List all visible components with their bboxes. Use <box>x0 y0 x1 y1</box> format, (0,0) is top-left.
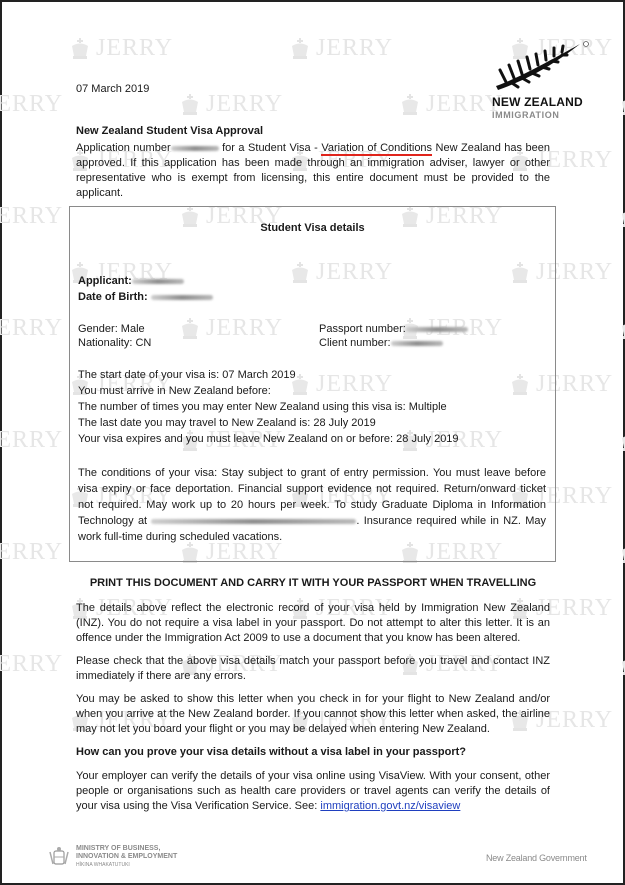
redacted-passport <box>406 327 468 332</box>
redacted-institution <box>151 519 356 524</box>
passport-field: Passport number: <box>319 322 468 337</box>
nz-immigration-logo: NEW ZEALAND IMMIGRATION <box>492 40 592 120</box>
redacted-dob <box>151 295 213 300</box>
silver-fern-icon <box>492 40 592 90</box>
dob-label: Date of Birth: <box>78 291 148 303</box>
detail-line: The number of times you may enter New Ze… <box>78 400 447 415</box>
mbie-line-3: HĪKINA WHAKATUTUKI <box>76 861 177 869</box>
mbie-line-2: INNOVATION & EMPLOYMENT <box>76 853 177 861</box>
intro-text-2: for a Student Visa - <box>219 142 322 154</box>
student-visa-details-box: Student Visa details Applicant: Date of … <box>69 206 556 562</box>
client-field: Client number: <box>319 336 443 351</box>
detail-line: The last date you may travel to New Zeal… <box>78 416 376 431</box>
visa-type-highlight: Variation of Conditions <box>321 142 432 156</box>
applicant-field: Applicant: <box>78 274 184 289</box>
visa-proof-question: How can you prove your visa details with… <box>76 745 550 760</box>
detail-line: The start date of your visa is: 07 March… <box>78 368 296 383</box>
details-title: Student Visa details <box>70 221 555 236</box>
detail-line: Your visa expires and you must leave New… <box>78 432 459 447</box>
letter-title: New Zealand Student Visa Approval <box>76 124 263 139</box>
gender-field: Gender: Male <box>78 322 145 337</box>
notice-paragraph-2: Please check that the above visa details… <box>76 654 550 684</box>
applicant-label: Applicant: <box>78 275 132 287</box>
print-notice-heading: PRINT THIS DOCUMENT AND CARRY IT WITH YO… <box>76 576 550 591</box>
intro-text-1: Application number <box>76 142 171 154</box>
detail-line: You must arrive in New Zealand before: <box>78 384 271 399</box>
nz-government-logo: New Zealand Government <box>486 853 587 863</box>
nationality-field: Nationality: CN <box>78 336 151 351</box>
logo-text-new-zealand: NEW ZEALAND <box>492 95 592 109</box>
dob-field: Date of Birth: <box>78 290 213 305</box>
visa-letter: 07 March 2019 NEW ZEALAND <box>0 0 625 885</box>
passport-label: Passport number: <box>319 323 406 335</box>
visaview-text: Your employer can verify the details of … <box>76 770 550 812</box>
mbie-footer-logo: MINISTRY OF BUSINESS, INNOVATION & EMPLO… <box>48 845 177 869</box>
client-label: Client number: <box>319 337 391 349</box>
notice-paragraph-1: The details above reflect the electronic… <box>76 601 550 646</box>
redacted-application-number <box>171 146 219 151</box>
coat-of-arms-icon <box>48 846 70 868</box>
intro-paragraph: Application number for a Student Visa - … <box>76 141 550 201</box>
redacted-client <box>391 341 443 346</box>
notice-paragraph-4: Your employer can verify the details of … <box>76 769 550 814</box>
redacted-applicant <box>132 279 184 284</box>
visaview-link[interactable]: immigration.govt.nz/visaview <box>320 800 460 812</box>
notice-paragraph-3: You may be asked to show this letter whe… <box>76 692 550 737</box>
letter-date: 07 March 2019 <box>76 82 149 97</box>
visa-conditions: The conditions of your visa: Stay subjec… <box>78 465 546 545</box>
mbie-line-1: MINISTRY OF BUSINESS, <box>76 845 177 853</box>
logo-text-immigration: IMMIGRATION <box>492 110 592 120</box>
